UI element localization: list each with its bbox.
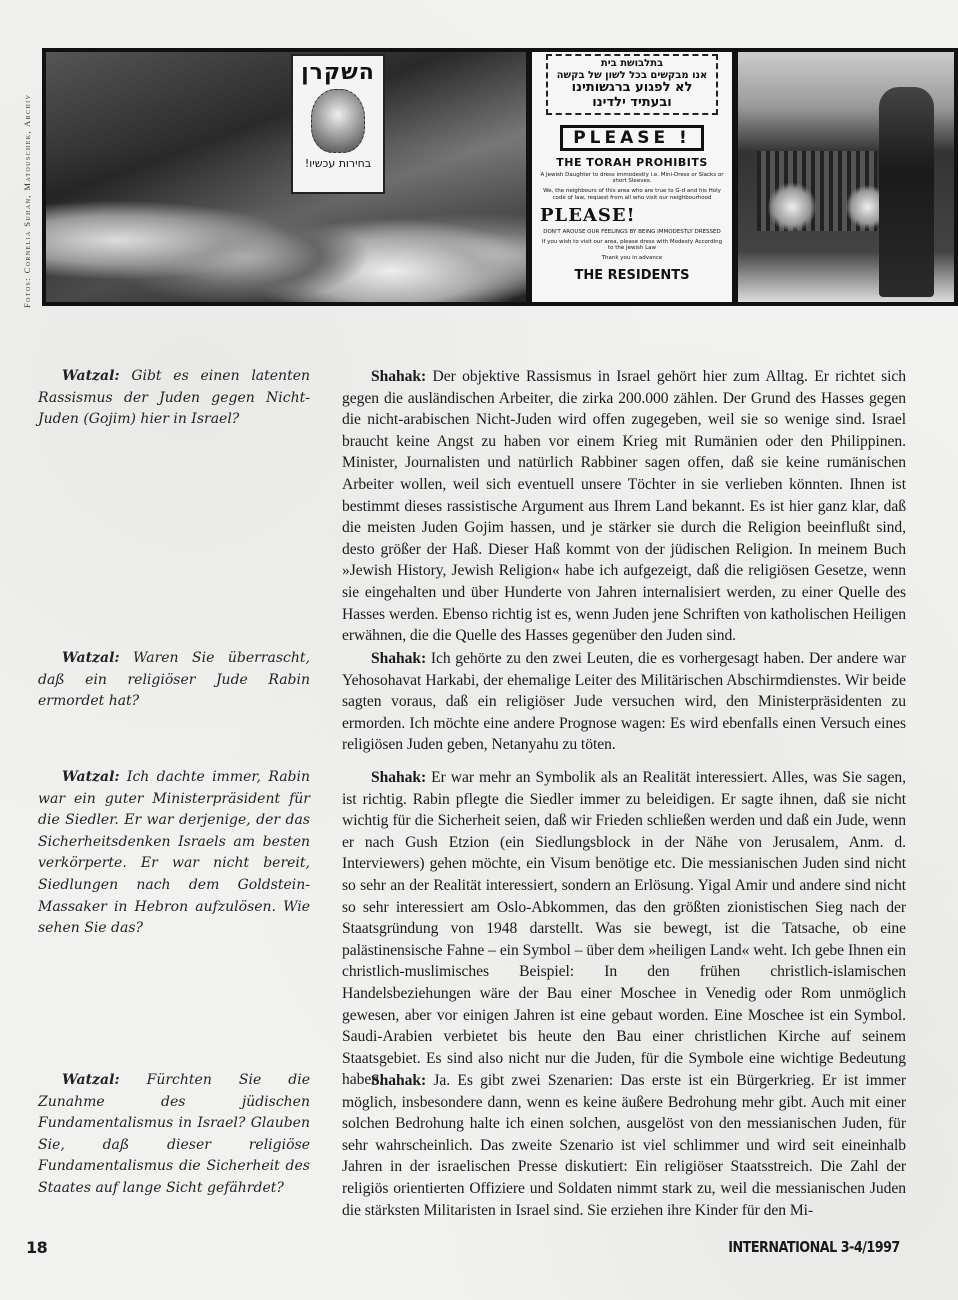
answer-1: Shahak: Der objektive Rassismus in Israe… xyxy=(342,366,906,647)
sign-please-heading: PLEASE ! xyxy=(560,125,704,151)
question-1: Watzal: Gibt es einen latenten Rassismus… xyxy=(38,366,310,431)
soldier-figure xyxy=(879,87,934,297)
question-text: Ich dachte immer, Rabin war ein guter Mi… xyxy=(38,769,310,936)
answer-text: Ja. Es gibt zwei Szenarien: Das erste is… xyxy=(342,1072,906,1219)
sign-text-3: DON'T AROUSE OUR FEELINGS BY BEING IMMOD… xyxy=(540,229,724,236)
question-speaker: Watzal: xyxy=(62,769,120,785)
photo-sign: בתלבושת בית אנו מבקשים בכל לשון של בקשה … xyxy=(532,52,732,302)
answer-speaker: Shahak: xyxy=(371,650,426,667)
sign-signature: THE RESIDENTS xyxy=(540,268,724,283)
photo-strip: השקרן בחירות עכשיו! בתלבושת בית אנו מבקש… xyxy=(42,48,958,306)
crowd-shape xyxy=(46,147,526,302)
placard-bottom-text: בחירות עכשיו! xyxy=(293,157,383,170)
sign-please-2: PLEASE! xyxy=(540,205,724,226)
hebrew-line: ובעתיד ילדינו xyxy=(552,96,712,111)
hebrew-sign: בתלבושת בית אנו מבקשים בכל לשון של בקשה … xyxy=(546,54,718,115)
placard-top-text: השקרן xyxy=(293,60,383,85)
sign-text-2: We, the neighbours of this area who are … xyxy=(540,188,724,201)
answer-speaker: Shahak: xyxy=(371,769,426,786)
question-3: Watzal: Ich dachte immer, Rabin war ein … xyxy=(38,767,310,940)
question-speaker: Watzal: xyxy=(62,368,120,384)
photo-credit: Fotos: Cornelia Suhan, Matouschek, Archi… xyxy=(22,38,32,308)
answer-speaker: Shahak: xyxy=(371,1072,426,1089)
photo-jeep xyxy=(738,52,954,302)
answer-text: Der objektive Rassismus in Israel gehört… xyxy=(342,368,906,644)
question-2: Watzal: Waren Sie überrascht, daß ein re… xyxy=(38,648,310,713)
sign-torah-line: THE TORAH PROHIBITS xyxy=(540,156,724,169)
answer-3: Shahak: Er war mehr an Symbolik als an R… xyxy=(342,767,906,1091)
sign-text-5: Thank you in advance xyxy=(540,255,724,262)
publication-issue: INTERNATIONAL 3-4/1997 xyxy=(728,1238,900,1256)
answer-speaker: Shahak: xyxy=(371,368,426,385)
hebrew-line: בתלבושת בית xyxy=(552,58,712,70)
question-speaker: Watzal: xyxy=(62,650,120,666)
answer-text: Ich gehörte zu den zwei Leuten, die es v… xyxy=(342,650,906,753)
page-number: 18 xyxy=(26,1238,47,1257)
photo-demonstration: השקרן בחירות עכשיו! xyxy=(46,52,526,302)
question-4: Watzal: Fürchten Sie die Zunahme des jüd… xyxy=(38,1070,310,1200)
question-text: Fürchten Sie die Zunahme des jüdischen F… xyxy=(38,1072,310,1196)
answer-4: Shahak: Ja. Es gibt zwei Szenarien: Das … xyxy=(342,1070,906,1221)
question-speaker: Watzal: xyxy=(62,1072,120,1088)
sign-text-4: If you wish to visit our area, please dr… xyxy=(540,239,724,252)
protest-placard: השקרן בחירות עכשיו! xyxy=(291,54,385,194)
answer-2: Shahak: Ich gehörte zu den zwei Leuten, … xyxy=(342,648,906,756)
hebrew-line: לא לפגוע ברגשותינו xyxy=(552,81,712,96)
placard-portrait xyxy=(311,89,365,153)
answer-text: Er war mehr an Symbolik als an Realität … xyxy=(342,769,906,1088)
sign-text-1: A Jewish Daughter to dress immodestly i.… xyxy=(540,172,724,185)
